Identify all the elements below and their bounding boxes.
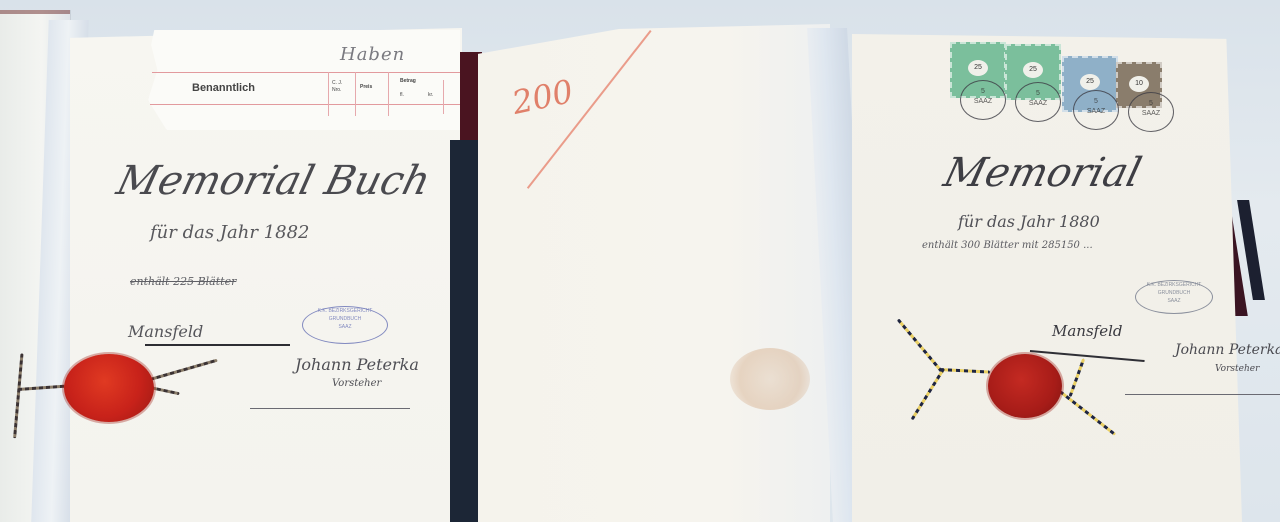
signature-underline bbox=[145, 344, 290, 346]
right-signature-peterka: Johann Peterka bbox=[1175, 342, 1280, 358]
stamp-value: 10 bbox=[1129, 76, 1149, 92]
middle-book-spine bbox=[450, 140, 478, 522]
stamp-value: 25 bbox=[1023, 62, 1043, 78]
stamp-line: GRUNDBUCH bbox=[1136, 289, 1212, 297]
postmark-place: SAAZ bbox=[961, 97, 1005, 107]
left-book-subtitle: für das Jahr 1882 bbox=[150, 222, 309, 243]
postmark: 5 SAAZ bbox=[960, 80, 1006, 120]
ledger-col-cj: C. J. bbox=[332, 80, 342, 86]
postmark-date: 5 bbox=[1074, 97, 1118, 107]
stamp-line: SAAZ bbox=[303, 323, 387, 331]
left-signature-mansfeld: Mansfeld bbox=[128, 322, 203, 341]
left-court-stamp: K.K. BEZIRKSGERICHT GRUNDBUCH SAAZ bbox=[302, 306, 388, 344]
right-book-title: Memorial bbox=[939, 150, 1146, 196]
seal-stain bbox=[730, 348, 810, 410]
stamp-value: 25 bbox=[1080, 74, 1100, 90]
right-book-subtitle: für das Jahr 1880 bbox=[958, 212, 1100, 231]
stamp-line: K.K. BEZIRKSGERICHT bbox=[1136, 281, 1212, 289]
ledger-col-kr: kr. bbox=[428, 92, 433, 98]
postmark: 5 SAAZ bbox=[1128, 92, 1174, 132]
left-signature-peterka: Johann Peterka bbox=[295, 355, 419, 374]
postmark: 5 SAAZ bbox=[1073, 90, 1119, 130]
postmark-place: SAAZ bbox=[1129, 109, 1173, 119]
right-book-note: enthält 300 Blätter mit 285150 ... bbox=[922, 240, 1093, 251]
stamp-line: SAAZ bbox=[1136, 297, 1212, 305]
ledger-header-row: Benanntlich C. J. Nro. Preis Betrag fl. … bbox=[160, 76, 460, 106]
postmark: 5 SAAZ bbox=[1015, 82, 1061, 122]
stamp-value: 25 bbox=[968, 60, 988, 76]
right-signature-mansfeld: Mansfeld bbox=[1052, 322, 1123, 340]
left-book-title: Memorial Buch bbox=[112, 158, 435, 204]
postmark-date: 5 bbox=[961, 87, 1005, 97]
right-signature-role: Vorsteher bbox=[1215, 364, 1259, 374]
postmark-place: SAAZ bbox=[1074, 107, 1118, 117]
signature-flourish bbox=[250, 408, 410, 409]
stamp-line: GRUNDBUCH bbox=[303, 315, 387, 323]
postmark-date: 5 bbox=[1129, 99, 1173, 109]
left-signature-role: Vorsteher bbox=[332, 378, 381, 389]
ledger-col-nro: Nro. bbox=[332, 87, 341, 93]
stamp-line: K.K. BEZIRKSGERICHT bbox=[303, 307, 387, 315]
left-book-cover-edge bbox=[0, 10, 70, 14]
ledger-rule-top bbox=[152, 72, 460, 73]
postmark-place: SAAZ bbox=[1016, 99, 1060, 109]
ledger-benanntlich: Benanntlich bbox=[192, 82, 255, 94]
right-wax-seal bbox=[988, 354, 1062, 418]
left-book-note: enthält 225 Blätter bbox=[130, 275, 236, 288]
ledger-haben-heading: Haben bbox=[340, 44, 405, 65]
signature-flourish bbox=[1125, 394, 1280, 395]
right-court-stamp: K.K. BEZIRKSGERICHT GRUNDBUCH SAAZ bbox=[1135, 280, 1213, 314]
postmark-date: 5 bbox=[1016, 89, 1060, 99]
left-wax-seal bbox=[64, 354, 154, 422]
ledger-col-fl: fl. bbox=[400, 92, 404, 98]
ledger-col-preis: Preis bbox=[360, 84, 372, 90]
ledger-col-betrag: Betrag bbox=[400, 78, 416, 84]
